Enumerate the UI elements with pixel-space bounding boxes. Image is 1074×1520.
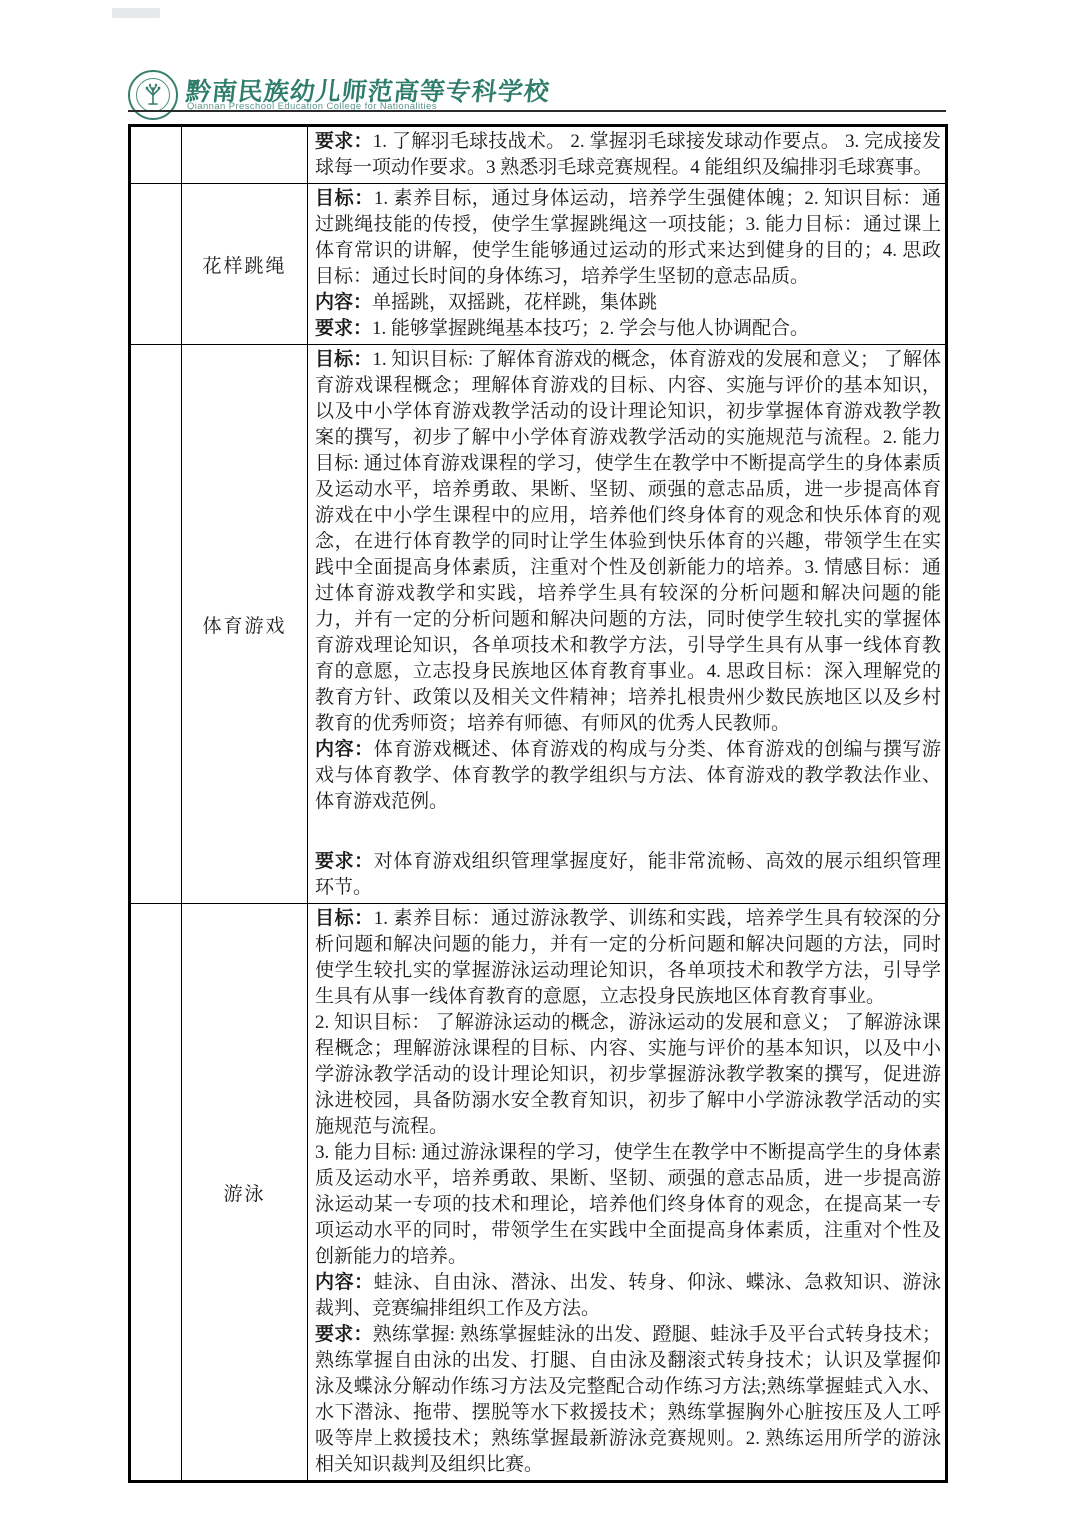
- paragraph-label: 要求：: [315, 131, 373, 152]
- paragraph-label: 内容：: [315, 292, 372, 313]
- content-paragraph: 目标：1. 素养目标：通过游泳教学、训练和实践，培养学生具有较深的分析问题和解决…: [315, 906, 941, 1010]
- course-name-cell: 花样跳绳: [182, 184, 308, 345]
- paragraph-label: 目标：: [315, 349, 372, 370]
- content-paragraph: 要求：对体育游戏组织管理掌握度好，能非常流畅、高效的展示组织管理环节。: [315, 849, 941, 901]
- course-content-cell: 目标：1. 素养目标，通过身体运动，培养学生强健体魄；2. 知识目标：通过跳绳技…: [308, 184, 947, 345]
- content-paragraph: 2. 知识目标： 了解游泳运动的概念，游泳运动的发展和意义； 了解游泳课程概念；…: [315, 1010, 941, 1140]
- content-paragraph: 要求：1. 能够掌握跳绳基本技巧；2. 学会与他人协调配合。: [315, 316, 941, 342]
- row-index-cell: [130, 345, 182, 904]
- course-table-body: 要求：1. 了解羽毛球技战术。 2. 掌握羽毛球接发球动作要点。 3. 完成接发…: [130, 126, 947, 1482]
- table-row: 游泳目标：1. 素养目标：通过游泳教学、训练和实践，培养学生具有较深的分析问题和…: [130, 904, 947, 1482]
- content-paragraph: 目标：1. 素养目标，通过身体运动，培养学生强健体魄；2. 知识目标：通过跳绳技…: [315, 186, 941, 290]
- paragraph-label: 要求：: [315, 851, 374, 872]
- course-name-cell: [182, 126, 308, 184]
- row-index-cell: [130, 184, 182, 345]
- content-paragraph: 内容：体育游戏概述、体育游戏的构成与分类、体育游戏的创编与撰写游戏与体育教学、体…: [315, 737, 941, 815]
- paragraph-label: 内容：: [315, 1272, 374, 1293]
- course-content-cell: 目标：1. 知识目标: 了解体育游戏的概念，体育游戏的发展和意义； 了解体育游戏…: [308, 345, 947, 904]
- paragraph-label: 目标：: [315, 908, 374, 929]
- table-row: 体育游戏目标：1. 知识目标: 了解体育游戏的概念，体育游戏的发展和意义； 了解…: [130, 345, 947, 904]
- logo-tree-icon: [140, 82, 166, 108]
- logo-seal-ring: [136, 78, 170, 112]
- scan-artifact: [112, 8, 160, 18]
- row-index-cell: [130, 904, 182, 1482]
- course-name-cell: 游泳: [182, 904, 308, 1482]
- page-header: 黔南民族幼儿师范高等专科学校 Qiannan Preschool Educati…: [128, 68, 948, 124]
- course-content-cell: 目标：1. 素养目标：通过游泳教学、训练和实践，培养学生具有较深的分析问题和解决…: [308, 904, 947, 1482]
- content-paragraph: 内容：单摇跳，双摇跳，花样跳，集体跳: [315, 290, 941, 316]
- course-name-cell: 体育游戏: [182, 345, 308, 904]
- content-paragraph: 3. 能力目标: 通过游泳课程的学习，使学生在教学中不断提高学生的身体素质及运动…: [315, 1140, 941, 1270]
- school-logo: [128, 70, 178, 120]
- content-paragraph: 要求：1. 了解羽毛球技战术。 2. 掌握羽毛球接发球动作要点。 3. 完成接发…: [315, 129, 941, 181]
- content-paragraph: 要求：熟练掌握: 熟练掌握蛙泳的出发、蹬腿、蛙泳手及平台式转身技术；熟练掌握自由…: [315, 1322, 941, 1478]
- paragraph-label: 要求：: [315, 318, 372, 339]
- table-row: 花样跳绳目标：1. 素养目标，通过身体运动，培养学生强健体魄；2. 知识目标：通…: [130, 184, 947, 345]
- row-index-cell: [130, 126, 182, 184]
- paragraph-label: 目标：: [315, 188, 374, 209]
- content-paragraph: 内容：蛙泳、自由泳、潜泳、出发、转身、仰泳、蝶泳、急救知识、游泳裁判、竞赛编排组…: [315, 1270, 941, 1322]
- paragraph-label: 内容：: [315, 739, 374, 760]
- course-content-cell: 要求：1. 了解羽毛球技战术。 2. 掌握羽毛球接发球动作要点。 3. 完成接发…: [308, 126, 947, 184]
- content-paragraph: 目标：1. 知识目标: 了解体育游戏的概念，体育游戏的发展和意义； 了解体育游戏…: [315, 347, 941, 737]
- header-divider: [128, 110, 946, 112]
- course-table: 要求：1. 了解羽毛球技战术。 2. 掌握羽毛球接发球动作要点。 3. 完成接发…: [128, 124, 948, 1483]
- table-row: 要求：1. 了解羽毛球技战术。 2. 掌握羽毛球接发球动作要点。 3. 完成接发…: [130, 126, 947, 184]
- paragraph-label: 要求：: [315, 1324, 373, 1345]
